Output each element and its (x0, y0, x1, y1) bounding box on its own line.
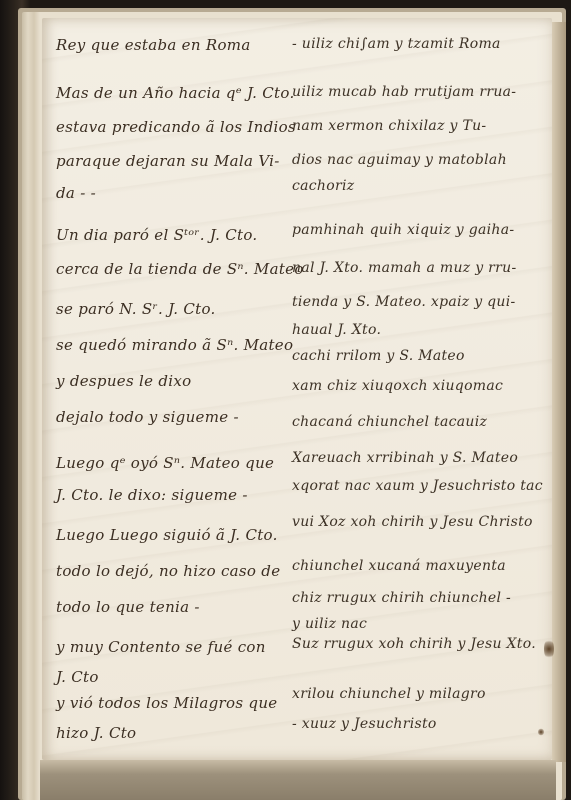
maya-line: vui Xoz xoh chirih y Jesu Christo (292, 514, 533, 530)
page-right-edge (552, 22, 566, 762)
spanish-line: se paró N. Sʳ. J. Cto. (56, 300, 216, 318)
maya-line: xam chiz xiuqoxch xiuqomac (292, 378, 503, 394)
maya-line: Xareuach xrribinah y S. Mateo (292, 450, 518, 466)
spanish-line: y despues le dixo (56, 372, 191, 390)
maya-line: cachoriz (292, 178, 354, 194)
maya-line: haual J. Xto. (292, 322, 381, 338)
ink-spot (538, 728, 544, 736)
maya-line: y uiliz nac (292, 616, 367, 632)
ink-stain (544, 638, 554, 660)
maya-line: nam xermon chixilaz y Tu- (292, 118, 486, 134)
spanish-line: estava predicando ã los Indios (56, 118, 296, 136)
spanish-line: hizo J. Cto (56, 724, 136, 742)
maya-line: uiliz mucab hab rrutijam rrua- (292, 84, 516, 100)
spanish-line: Rey que estaba en Roma (56, 36, 251, 54)
spanish-line: todo lo que tenia - (56, 598, 200, 616)
maya-line: xrilou chiunchel y milagro (292, 686, 486, 702)
maya-line: dios nac aguimay y matoblah (292, 152, 507, 168)
spanish-line: y muy Contento se fué con (56, 638, 266, 656)
spanish-line: cerca de la tienda de Sⁿ. Mateo (56, 260, 304, 278)
spanish-line: todo lo dejó, no hizo caso de (56, 562, 280, 580)
spanish-line: Un dia paró el Sᵗᵒʳ. J. Cto. (56, 226, 257, 244)
spanish-line: Mas de un Año hacia qᵉ J. Cto. (56, 84, 295, 102)
maya-line: tienda y S. Mateo. xpaiz y qui- (292, 294, 516, 310)
maya-line: cachi rrilom y S. Mateo (292, 348, 465, 364)
maya-line: Suz rrugux xoh chirih y Jesu Xto. (292, 636, 536, 652)
spanish-line: J. Cto. le dixo: sigueme - (56, 486, 248, 504)
spanish-line: Luego qᵉ oyó Sⁿ. Mateo que (56, 454, 274, 472)
spanish-line: paraque dejaran su Mala Vi- (56, 152, 280, 170)
maya-line: nal J. Xto. mamah a muz y rru- (292, 260, 517, 276)
maya-line: chacaná chiunchel tacauiz (292, 414, 487, 430)
maya-line: xqorat nac xaum y Jesuchristo tac (292, 478, 543, 494)
spanish-line: da - - (56, 184, 96, 202)
spanish-line: Luego Luego siguió ã J. Cto. (56, 526, 278, 544)
maya-line: - uiliz chi∫am y tzamit Roma (292, 36, 501, 52)
spanish-line: y vió todos los Milagros que (56, 694, 277, 712)
maya-line: - xuuz y Jesuchristo (292, 716, 437, 732)
maya-line: chiunchel xucaná maxuyenta (292, 558, 506, 574)
spanish-line: dejalo todo y sigueme - (56, 408, 239, 426)
maya-line: pamhinah quih xiquiz y gaiha- (292, 222, 514, 238)
page-bottom-edge (40, 760, 556, 800)
manuscript-page: Rey que estaba en Roma - uiliz chi∫am y … (42, 18, 552, 760)
spanish-line: J. Cto (56, 668, 99, 686)
spanish-line: se quedó mirando ã Sⁿ. Mateo (56, 336, 293, 354)
maya-line: chiz rrugux chirih chiunchel - (292, 590, 511, 606)
